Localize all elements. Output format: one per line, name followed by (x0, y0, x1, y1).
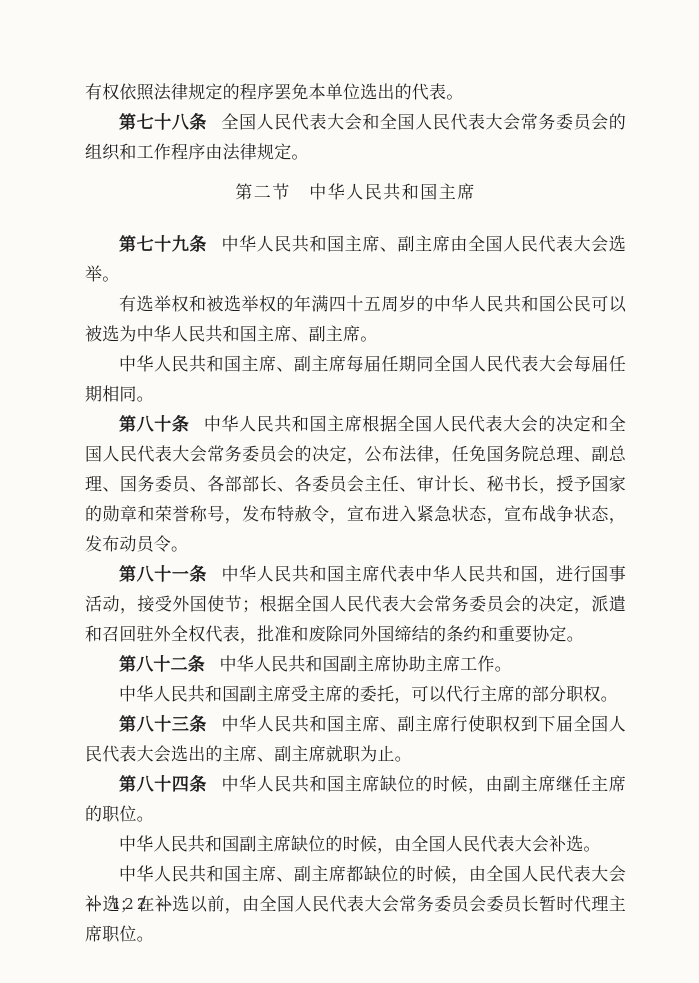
paragraph: 第八十三条中华人民共和国主席、副主席行使职权到下届全国人民代表大会选出的主席、副… (85, 710, 626, 770)
article-number: 第八十二条 (119, 655, 205, 674)
paragraph-text: 中华人民共和国主席、副主席每届任期同全国人民代表大会每届任期相同。 (85, 355, 626, 404)
paragraph: 第八十条中华人民共和国主席根据全国人民代表大会的决定和全国人民代表大会常务委员会… (85, 410, 626, 560)
paragraph-text: 中华人民共和国副主席协助主席工作。 (219, 655, 511, 674)
paragraph: 第八十一条中华人民共和国主席代表中华人民共和国，进行国事活动，接受外国使节；根据… (85, 560, 626, 650)
paragraph: 第八十二条中华人民共和国副主席协助主席工作。 (85, 650, 626, 680)
paragraph: 中华人民共和国主席、副主席每届任期同全国人民代表大会每届任期相同。 (85, 350, 626, 410)
article-number: 第八十四条 (119, 775, 207, 794)
article-number: 第八十条 (119, 415, 189, 434)
paragraph: 第七十九条中华人民共和国主席、副主席由全国人民代表大会选举。 (85, 230, 626, 290)
paragraph: 有选举权和被选举权的年满四十五周岁的中华人民共和国公民可以被选为中华人民共和国主… (85, 290, 626, 350)
article-number: 第七十九条 (119, 235, 207, 254)
article-number: 第七十八条 (119, 113, 207, 132)
paragraph-text: 中华人民共和国副主席受主席的委托，可以代行主席的部分职权。 (119, 685, 618, 704)
paragraph: 第七十八条全国人民代表大会和全国人民代表大会常务委员会的组织和工作程序由法律规定… (85, 108, 626, 168)
article-number: 第八十三条 (119, 715, 207, 734)
paragraph: 第八十四条中华人民共和国主席缺位的时候，由副主席继任主席的职位。 (85, 770, 626, 830)
paragraph-text: 有权依照法律规定的程序罢免本单位选出的代表。 (85, 83, 463, 102)
paragraph-text: 中华人民共和国主席根据全国人民代表大会的决定和全国人民代表大会常务委员会的决定，… (85, 415, 626, 554)
section-heading: 第二节 中华人民共和国主席 (85, 178, 626, 208)
paragraph: 有权依照法律规定的程序罢免本单位选出的代表。 (85, 78, 626, 108)
paragraph: 中华人民共和国副主席受主席的委托，可以代行主席的部分职权。 (85, 680, 626, 710)
page-number: — 122 — (86, 893, 175, 915)
paragraph-text: 有选举权和被选举权的年满四十五周岁的中华人民共和国公民可以被选为中华人民共和国主… (85, 295, 626, 344)
paragraph: 中华人民共和国副主席缺位的时候，由全国人民代表大会补选。 (85, 830, 626, 860)
scanned-document-page: 有权依照法律规定的程序罢免本单位选出的代表。 第七十八条全国人民代表大会和全国人… (0, 0, 699, 983)
paragraph-text: 中华人民共和国副主席缺位的时候，由全国人民代表大会补选。 (119, 835, 601, 854)
article-number: 第八十一条 (119, 565, 207, 584)
text-block: 有权依照法律规定的程序罢免本单位选出的代表。 第七十八条全国人民代表大会和全国人… (85, 78, 626, 950)
